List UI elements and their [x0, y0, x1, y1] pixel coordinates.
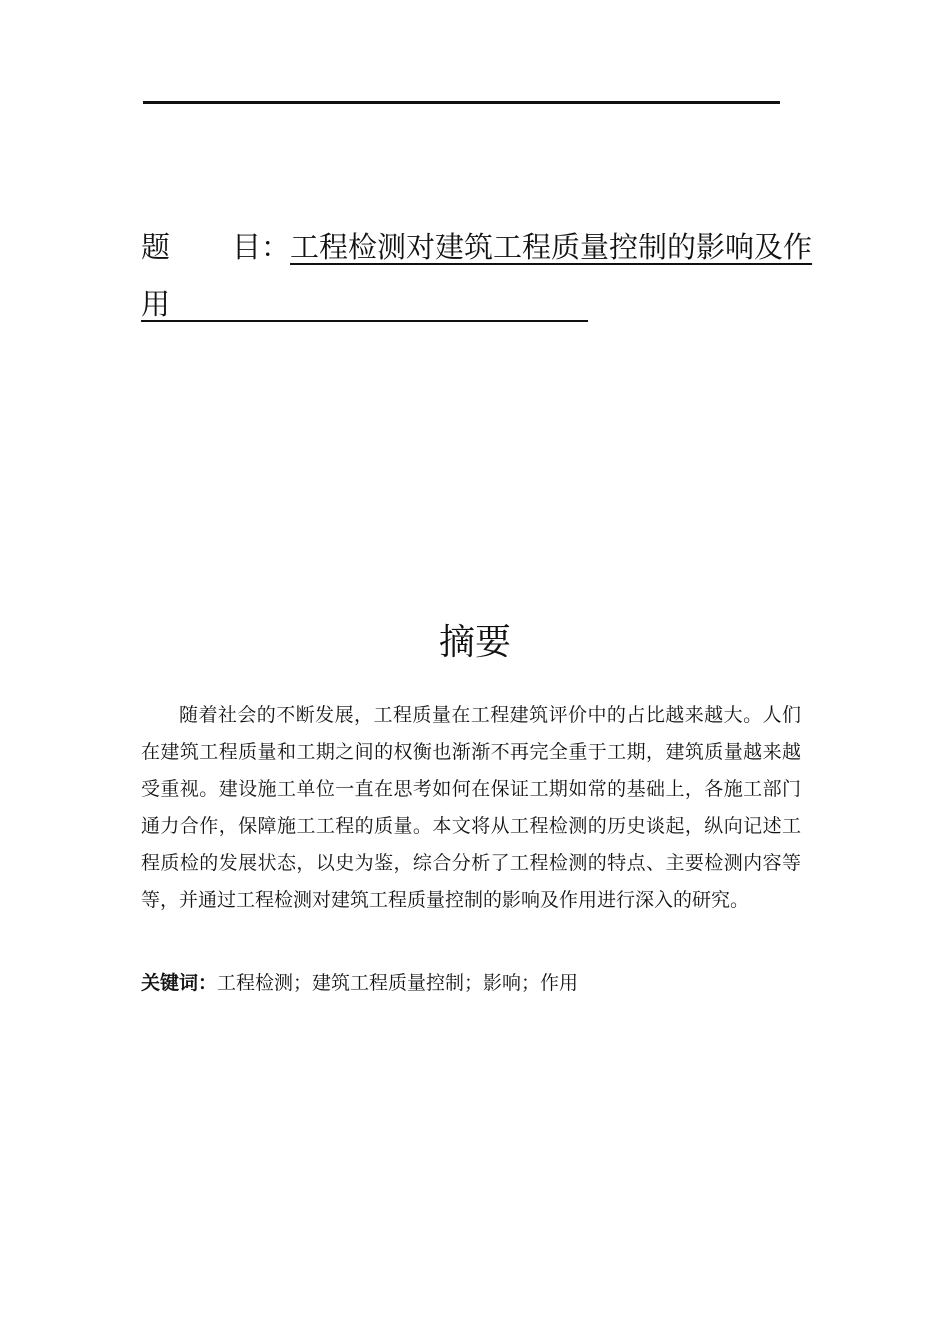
- title-field: 题目：工程检测对建筑工程质量控制的影响及作用: [141, 220, 826, 334]
- title-label-ti: 题: [141, 232, 170, 264]
- document-page: 题目：工程检测对建筑工程质量控制的影响及作用 摘要 随着社会的不断发展，工程质量…: [0, 0, 950, 1344]
- title-underline-extension: [170, 320, 588, 322]
- keywords-label: 关键词：: [141, 973, 217, 994]
- abstract-heading: 摘要: [0, 618, 950, 666]
- title-label-gap: [170, 256, 232, 257]
- title-label-mu: 目：: [232, 232, 290, 264]
- keywords-line: 关键词：工程检测；建筑工程质量控制；影响；作用: [141, 965, 821, 1002]
- abstract-paragraph: 随着社会的不断发展，工程质量在工程建筑评价中的占比越来越大。人们在建筑工程质量和…: [141, 697, 801, 919]
- keywords-value: 工程检测；建筑工程质量控制；影响；作用: [217, 973, 578, 994]
- header-rule: [143, 101, 780, 104]
